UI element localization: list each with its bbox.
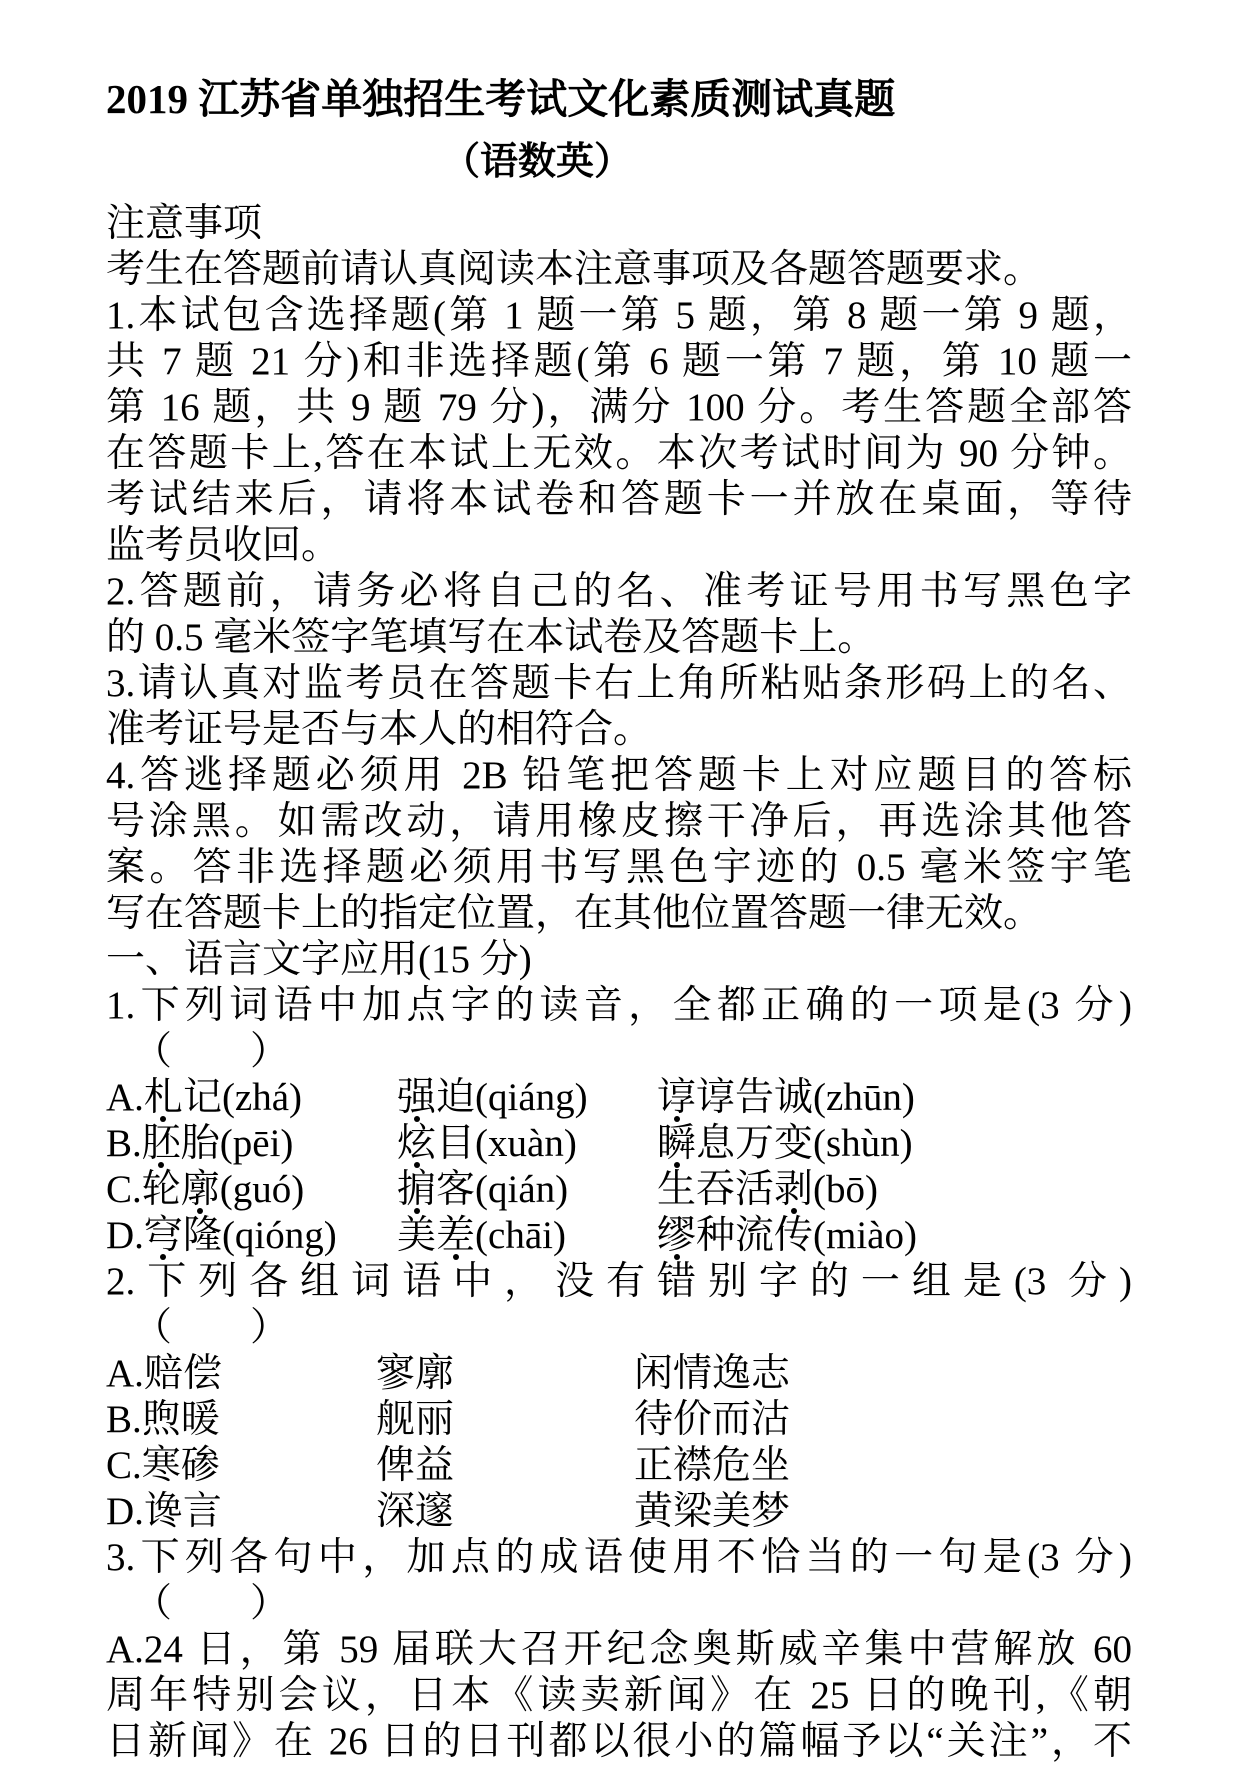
- emphasis-dot-char: 谆: [657, 1076, 696, 1119]
- emphasis-dot-char: 炫: [397, 1122, 436, 1165]
- notice-3-line: 3.请认真对监考员在答题卡右上角所粘贴条形码上的名、: [106, 661, 1132, 707]
- option-cell: D.谗言: [106, 1489, 376, 1535]
- option-cell: 炫目(xuàn): [397, 1121, 657, 1167]
- notice-heading: 注意事项: [106, 201, 1132, 247]
- option-cell: 俾益: [376, 1443, 634, 1489]
- option-cell: 谆谆告诚(zhūn): [657, 1075, 1132, 1121]
- q2-option-c: C.寒碜俾益正襟危坐: [106, 1443, 1132, 1489]
- q2-option-b: B.煦暖舰丽待价而沽: [106, 1397, 1132, 1443]
- q3-header: 3.下列各句中，加点的成语使用不恰当的一句是(3 分): [106, 1535, 1132, 1581]
- q3-option-a-line: 周年特别会议，日本《读卖新闻》在 25 日的晚刊,《朝: [106, 1673, 1132, 1719]
- notice-4-line: 号涂黑。如需改动，请用橡皮擦干净后，再选涂其他答: [106, 799, 1132, 845]
- emphasis-dot-char: 廓: [181, 1168, 220, 1211]
- option-cell: 生吞活剥(bō): [657, 1167, 1132, 1213]
- q1-answer-blank: （ ）: [106, 1029, 1132, 1075]
- option-cell: C.轮廓(guó): [106, 1167, 397, 1213]
- emphasis-dot-char: 掮: [397, 1168, 436, 1211]
- option-cell: 瞬息万变(shùn): [657, 1121, 1132, 1167]
- q1-header: 1.下列词语中加点字的读音，全都正确的一项是(3 分): [106, 983, 1132, 1029]
- emphasis-dot-char: 胚: [142, 1122, 181, 1165]
- notice-1-line: 监考员收回。: [106, 523, 1132, 569]
- notice-4-line: 案。答非选择题必须用书写黑色宇迹的 0.5 毫米签宇笔: [106, 845, 1132, 891]
- q1-option-c: C.轮廓(guó)掮客(qián)生吞活剥(bō): [106, 1167, 1132, 1213]
- emphasis-dot-char: 差: [436, 1214, 475, 1257]
- emphasis-dot-char: 剥: [774, 1168, 813, 1211]
- option-cell: C.寒碜: [106, 1443, 376, 1489]
- notice-intro: 考生在答题前请认真阅读本注意事项及各题答题要求。: [106, 247, 1132, 293]
- option-cell: 待价而沽: [634, 1397, 1132, 1443]
- doc-subtitle: （语数英）: [442, 140, 632, 184]
- section-1-heading: 一、语言文字应用(15 分): [106, 937, 1132, 983]
- q3-answer-blank: （ ）: [106, 1581, 1132, 1627]
- notice-3-line: 准考证号是否与本人的相符合。: [106, 707, 1132, 753]
- option-cell: 美差(chāi): [397, 1213, 657, 1259]
- notice-1-line: 1.本试包含选择题(第 1 题一第 5 题，第 8 题一第 9 题，: [106, 293, 1132, 339]
- emphasis-dot-char: 瞬: [657, 1122, 696, 1165]
- option-cell: 强迫(qiáng): [397, 1075, 657, 1121]
- option-cell: 寥廓: [376, 1351, 634, 1397]
- option-cell: 缪种流传(miào): [657, 1213, 1132, 1259]
- q1-option-d: D.穹隆(qióng)美差(chāi)缪种流传(miào): [106, 1213, 1132, 1259]
- option-cell: B.煦暖: [106, 1397, 376, 1443]
- q2-option-d: D.谗言深邃黄梁美梦: [106, 1489, 1132, 1535]
- option-cell: 掮客(qián): [397, 1167, 657, 1213]
- option-cell: 黄梁美梦: [634, 1489, 1132, 1535]
- q3-option-a-line: 日新闻》在 26 日的日刊都以很小的篇幅予以“关注”，不: [106, 1719, 1132, 1765]
- document-body: 注意事项考生在答题前请认真阅读本注意事项及各题答题要求。1.本试包含选择题(第 …: [106, 201, 1132, 1765]
- option-cell: A.札记(zhá): [106, 1075, 397, 1121]
- notice-1-line: 第 16 题，共 9 题 79 分)，满分 100 分。考生答题全部答: [106, 385, 1132, 431]
- option-cell: 舰丽: [376, 1397, 634, 1443]
- q3-option-a-line: A.24 日，第 59 届联大召开纪念奥斯威辛集中营解放 60: [106, 1627, 1132, 1673]
- emphasis-dot-char: 缪: [657, 1214, 696, 1257]
- option-cell: A.赔偿: [106, 1351, 376, 1397]
- q2-option-a: A.赔偿寥廓闲情逸志: [106, 1351, 1132, 1397]
- option-cell: 闲情逸志: [634, 1351, 1132, 1397]
- option-cell: 正襟危坐: [634, 1443, 1132, 1489]
- emphasis-dot-char: 札: [144, 1076, 183, 1119]
- q2-header: 2.下列各组词语中，没有错别字的一组是(3 分): [106, 1259, 1132, 1305]
- notice-1-line: 共 7 题 21 分)和非选择题(第 6 题一第 7 题，第 10 题一: [106, 339, 1132, 385]
- notice-4-line: 写在答题卡上的指定位置，在其他位置答题一律无效。: [106, 891, 1132, 937]
- notice-1-line: 在答题卡上,答在本试上无效。本次考试时间为 90 分钟。: [106, 431, 1132, 477]
- option-cell: B.胚胎(pēi): [106, 1121, 397, 1167]
- option-cell: 深邃: [376, 1489, 634, 1535]
- notice-2-line: 2.答题前，请务必将自己的名、准考证号用书写黑色字: [106, 569, 1132, 615]
- q1-option-b: B.胚胎(pēi)炫目(xuàn)瞬息万变(shùn): [106, 1121, 1132, 1167]
- emphasis-dot-char: 穹: [144, 1214, 183, 1257]
- q1-option-a: A.札记(zhá)强迫(qiáng)谆谆告诚(zhūn): [106, 1075, 1132, 1121]
- q2-answer-blank: （ ）: [106, 1305, 1132, 1351]
- doc-title: 2019 江苏省单独招生考试文化素质测试真题: [106, 74, 1132, 124]
- notice-4-line: 4.答逃择题必须用 2B 铅笔把答题卡上对应题目的答标: [106, 753, 1132, 799]
- emphasis-dot-char: 强: [397, 1076, 436, 1119]
- option-cell: D.穹隆(qióng): [106, 1213, 397, 1259]
- notice-1-line: 考试结来后，请将本试卷和答题卡一并放在桌面，等待: [106, 477, 1132, 523]
- document-page: 2019 江苏省单独招生考试文化素质测试真题 （语数英） 注意事项考生在答题前请…: [0, 0, 1260, 1792]
- notice-2-line: 的 0.5 毫米签字笔填写在本试卷及答题卡上。: [106, 615, 1132, 661]
